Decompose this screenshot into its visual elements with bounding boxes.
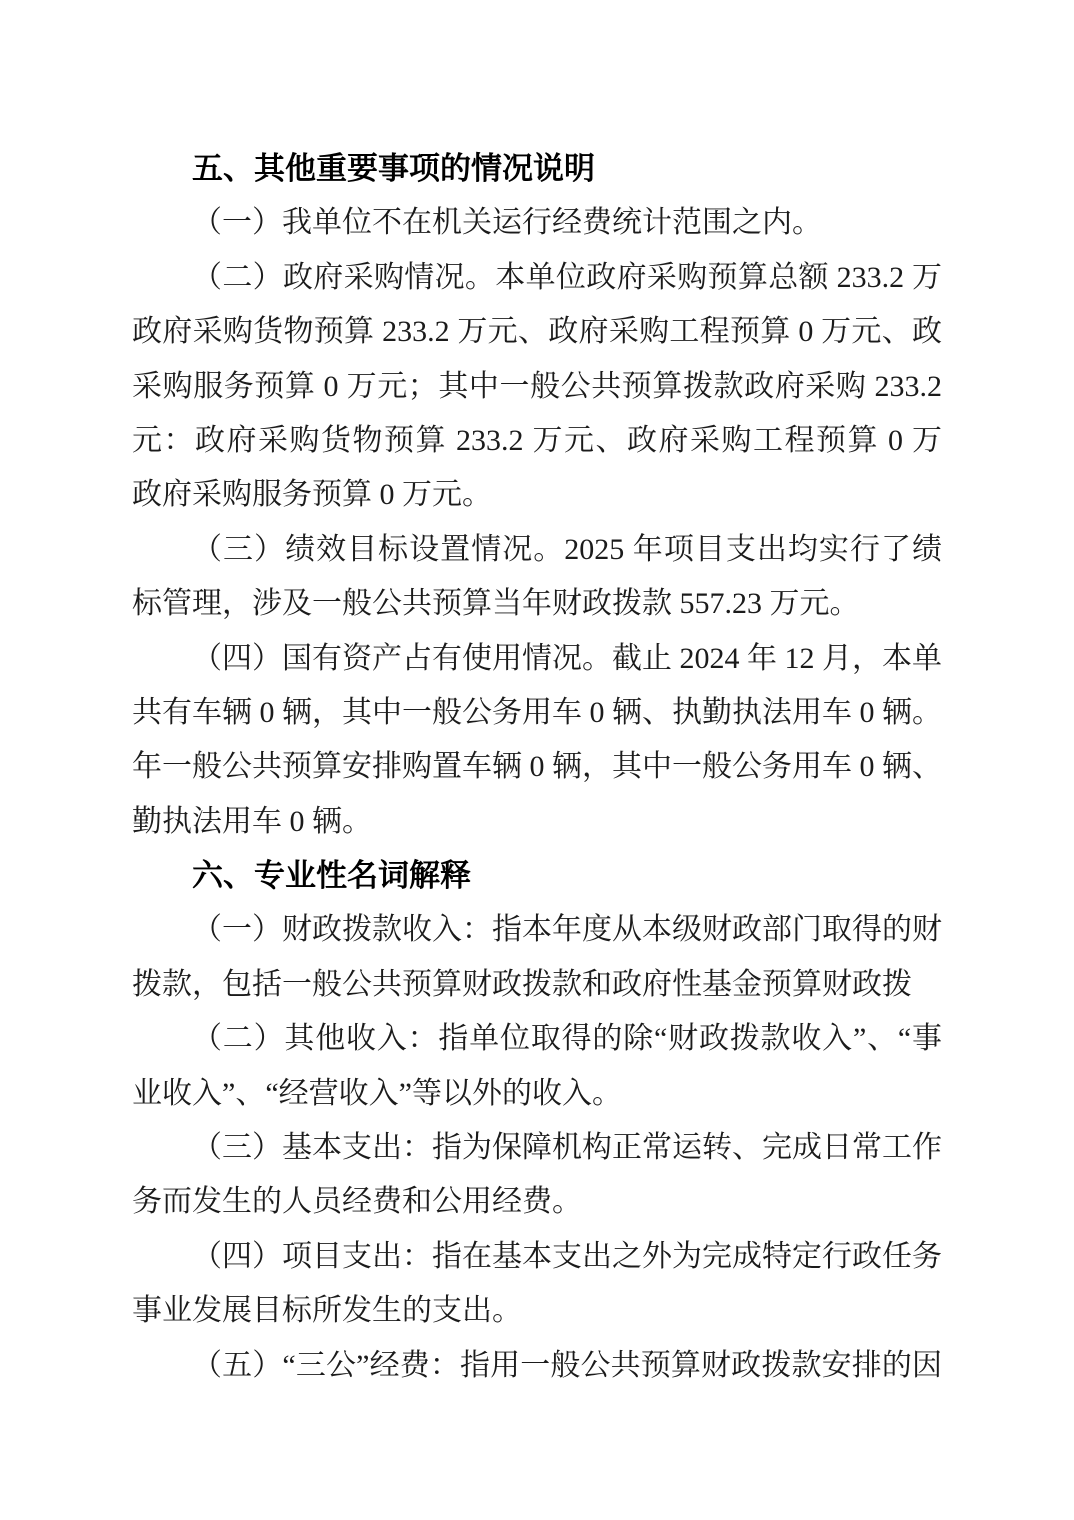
document-line: （五）“三公”经费：指用一般公共预算财政拨款安排的因 <box>132 1339 942 1393</box>
section-heading-6: 六、专业性名词解释 <box>132 849 942 903</box>
document-line: （二）政府采购情况。本单位政府采购预算总额 233.2 万元： <box>132 251 942 305</box>
document-line: （三）基本支出：指为保障机构正常运转、完成日常工作任 <box>132 1121 942 1175</box>
document-line: 事业发展目标所发生的支出。 <box>132 1284 942 1338</box>
document-line: 共有车辆 0 辆，其中一般公务用车 0 辆、执勤执法用车 0 辆。2025 <box>132 686 942 740</box>
document-line: （四）项目支出：指在基本支出之外为完成特定行政任务和 <box>132 1230 942 1284</box>
document-line: （一）财政拨款收入：指本年度从本级财政部门取得的财政 <box>132 903 942 957</box>
document-line: 政府采购货物预算 233.2 万元、政府采购工程预算 0 万元、政府 <box>132 305 942 359</box>
document-line: 政府采购服务预算 0 万元。 <box>132 468 942 522</box>
document-line: 业收入”、“经营收入”等以外的收入。 <box>132 1067 942 1121</box>
document-line: （一）我单位不在机关运行经费统计范围之内。 <box>132 196 942 250</box>
document-line: 务而发生的人员经费和公用经费。 <box>132 1175 942 1229</box>
document-page: 五、其他重要事项的情况说明 （一）我单位不在机关运行经费统计范围之内。 （二）政… <box>0 0 1074 1520</box>
document-line: （三）绩效目标设置情况。2025 年项目支出均实行了绩效目 <box>132 523 942 577</box>
document-line: （二）其他收入：指单位取得的除“财政拨款收入”、“事 <box>132 1012 942 1066</box>
document-line: 勤执法用车 0 辆。 <box>132 795 942 849</box>
document-line: （四）国有资产占有使用情况。截止 2024 年 12 月，本单位 <box>132 632 942 686</box>
document-line: 标管理，涉及一般公共预算当年财政拨款 557.23 万元。 <box>132 577 942 631</box>
document-line: 采购服务预算 0 万元；其中一般公共预算拨款政府采购 233.2 万 <box>132 360 942 414</box>
document-line: 拨款，包括一般公共预算财政拨款和政府性基金预算财政拨款。 <box>132 958 942 1012</box>
document-line: 年一般公共预算安排购置车辆 0 辆，其中一般公务用车 0 辆、执 <box>132 740 942 794</box>
section-heading-5: 五、其他重要事项的情况说明 <box>132 142 942 196</box>
document-text-block: 五、其他重要事项的情况说明 （一）我单位不在机关运行经费统计范围之内。 （二）政… <box>132 142 942 1393</box>
document-line: 元：政府采购货物预算 233.2 万元、政府采购工程预算 0 万元、 <box>132 414 942 468</box>
